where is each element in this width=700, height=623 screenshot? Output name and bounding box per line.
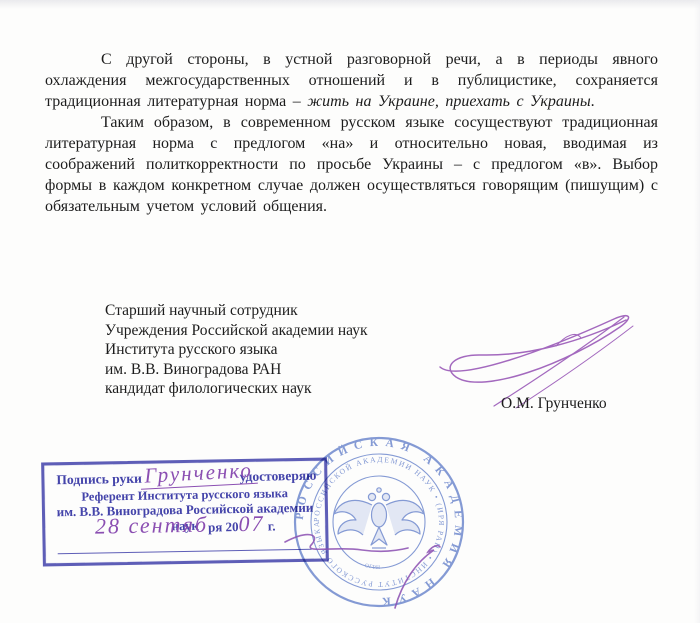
scan-artifact-top xyxy=(0,0,700,9)
stamp-date-line: 28 сентября 2007 г. xyxy=(45,512,325,539)
stamp-handwritten-year: 07 xyxy=(238,511,264,536)
paragraph-1-italic-phrase: жить на Украине, приехать с Украины xyxy=(307,93,590,110)
seal-bottom-text: ОГРН xyxy=(364,563,381,571)
scanned-document-page: С другой стороны, в устной разговорной р… xyxy=(0,0,700,623)
signer-title-line: Института русского языка xyxy=(105,340,368,360)
stamp-printed-blank-line xyxy=(58,549,312,554)
signer-title-line: кандидат филологических наук xyxy=(105,379,368,399)
official-seal: РОССИЙСКАЯ АКАДЕМИЯ НАУК РОССИЙСКОЙ АКАД… xyxy=(292,435,466,609)
stamp-line1-prefix: Подпись руки xyxy=(56,471,142,488)
signatory-name: О.М. Грунченко xyxy=(501,395,607,413)
document-body-text: С другой стороны, в устной разговорной р… xyxy=(45,49,658,217)
stamp-handwritten-day-month: 28 сентяб xyxy=(95,512,209,539)
stamp-line-1: Подпись руки удостоверяю Грунченко xyxy=(56,468,316,489)
stamp-date-suffix: г. xyxy=(268,518,276,533)
paragraph-1-period: . xyxy=(591,93,595,110)
stamp-handwritten-name: Грунченко xyxy=(140,460,258,490)
scan-artifact-right xyxy=(694,0,700,623)
signer-title-line: им. В.В. Виноградова РАН xyxy=(105,360,368,380)
signer-title-line: Старший научный сотрудник xyxy=(105,301,368,321)
signer-title-block: Старший научный сотрудник Учреждения Рос… xyxy=(105,301,368,399)
signer-title-line: Учреждения Российской академии наук xyxy=(105,321,368,341)
stamp-printed-date-part: ря 20 xyxy=(208,519,239,535)
double-eagle-emblem xyxy=(334,488,424,548)
paragraph-2: Таким образом, в современном русском язы… xyxy=(45,112,658,217)
certification-stamp: Подпись руки удостоверяю Грунченко Рефер… xyxy=(41,458,329,567)
paragraph-1: С другой стороны, в устной разговорной р… xyxy=(45,49,658,112)
